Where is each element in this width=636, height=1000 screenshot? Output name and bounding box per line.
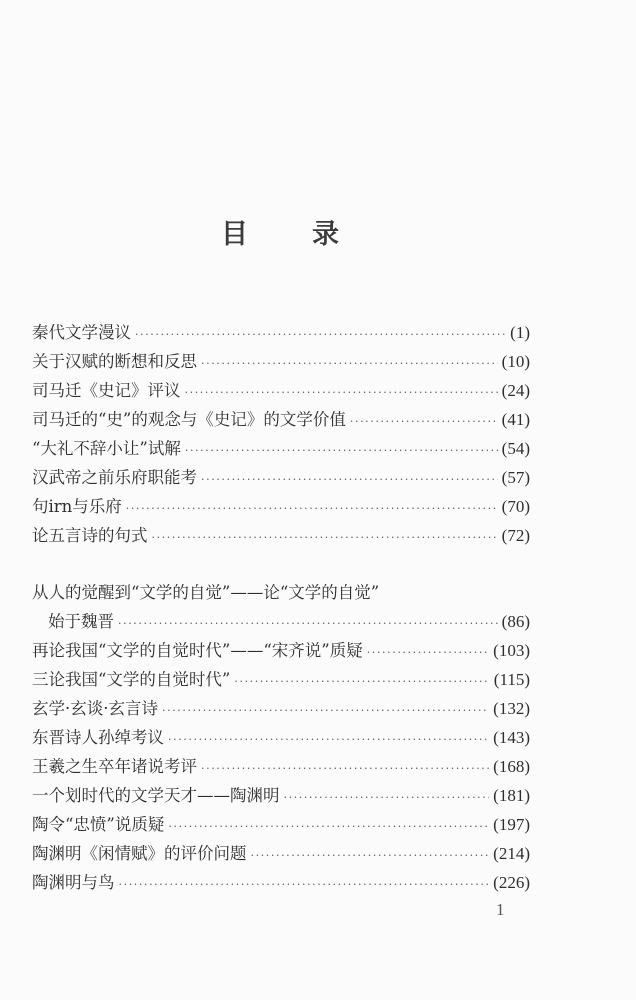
toc-entry-title: 王羲之生卒年诸说考评 <box>32 752 197 781</box>
toc-entry[interactable]: 汉武帝之前乐府职能考(57) <box>32 463 530 492</box>
toc-entry-title: 陶渊明《闲情赋》的评价问题 <box>32 839 247 868</box>
toc-entry-page: (41) <box>502 405 530 434</box>
toc-entry[interactable]: 从人的觉醒到“文学的自觉”——论“文学的自觉” <box>32 578 530 607</box>
toc-entry-page: (86) <box>502 607 530 636</box>
toc-entry-page: (115) <box>494 665 530 694</box>
leader-dots <box>251 841 490 870</box>
title-char-1: 目 <box>221 212 248 251</box>
leader-dots <box>135 320 506 349</box>
toc-entry[interactable]: 关于汉赋的断想和反思(10) <box>32 347 530 376</box>
toc-entry-title: 从人的觉醒到“文学的自觉”——论“文学的自觉” <box>32 578 379 607</box>
toc-entry-title: 秦代文学漫议 <box>32 318 131 347</box>
leader-dots <box>168 725 489 754</box>
toc-entry[interactable]: 陶令“忠愤”说质疑(197) <box>32 810 530 839</box>
toc-entry-title: 再论我国“文学的自觉时代”——“宋齐说”质疑 <box>32 636 363 665</box>
leader-dots <box>126 494 498 523</box>
toc-entry[interactable]: 司马迁的“史”的观念与《史记》的文学价值(41) <box>32 405 530 434</box>
toc-entry-page: (54) <box>502 434 530 463</box>
toc-entry[interactable]: 玄学·玄谈·玄言诗(132) <box>32 694 530 723</box>
leader-dots <box>162 696 489 725</box>
toc-entry-page: (103) <box>493 636 530 665</box>
leader-dots <box>119 870 490 899</box>
toc-entry-title: 司马迁的“史”的观念与《史记》的文学价值 <box>32 405 346 434</box>
toc-entry-title-continuation: 始于魏晋 <box>48 607 114 636</box>
toc-entry-page: (1) <box>510 318 530 347</box>
toc-group-2: 从人的觉醒到“文学的自觉”——论“文学的自觉” 始于魏晋(86) 再论我国“文学… <box>32 578 530 897</box>
toc-entry-page: (10) <box>502 347 530 376</box>
leader-dots <box>118 609 498 638</box>
toc-group-1: 秦代文学漫议(1) 关于汉赋的断想和反思(10) 司马迁《史记》评议(24) 司… <box>32 318 530 550</box>
toc-entry-continuation[interactable]: 始于魏晋(86) <box>32 607 530 636</box>
toc-entry[interactable]: 秦代文学漫议(1) <box>32 318 530 347</box>
toc-entry-title: 一个划时代的文学天才——陶渊明 <box>32 781 280 810</box>
leader-dots <box>168 812 489 841</box>
toc-entry-title: 玄学·玄谈·玄言诗 <box>32 694 158 723</box>
toc-entry[interactable]: 王羲之生卒年诸说考评(168) <box>32 752 530 781</box>
toc-entry[interactable]: “大礼不辞小让”试解(54) <box>32 434 530 463</box>
toc-entry[interactable]: 一个划时代的文学天才——陶渊明(181) <box>32 781 530 810</box>
leader-dots <box>152 523 498 552</box>
toc-entry-page: (132) <box>493 694 530 723</box>
toc-entry-page: (214) <box>493 839 530 868</box>
leader-dots <box>185 436 498 465</box>
toc-entry-page: (24) <box>502 376 530 405</box>
toc-entry[interactable]: 陶渊明与鸟(226) <box>32 868 530 897</box>
toc-entry[interactable]: 句irn与乐府(70) <box>32 492 530 521</box>
toc-entry-title: 论五言诗的句式 <box>32 521 148 550</box>
page-number: 1 <box>496 900 505 920</box>
toc-entry[interactable]: 论五言诗的句式(72) <box>32 521 530 550</box>
toc-entry-title: “大礼不辞小让”试解 <box>32 434 181 463</box>
toc-entry-title: 三论我国“文学的自觉时代” <box>32 665 230 694</box>
toc-entry-title: 陶渊明与鸟 <box>32 868 115 897</box>
toc-entry-title: 陶令“忠愤”说质疑 <box>32 810 164 839</box>
toc-entry-page: (226) <box>493 868 530 897</box>
toc-entry-page: (168) <box>493 752 530 781</box>
toc-entry-page: (143) <box>493 723 530 752</box>
toc-entry-page: (70) <box>502 492 530 521</box>
toc-entry-title: 关于汉赋的断想和反思 <box>32 347 197 376</box>
toc-entry[interactable]: 司马迁《史记》评议(24) <box>32 376 530 405</box>
leader-dots <box>185 378 498 407</box>
toc-entry[interactable]: 陶渊明《闲情赋》的评价问题(214) <box>32 839 530 868</box>
leader-dots <box>201 349 498 378</box>
title-char-2: 录 <box>312 212 339 251</box>
toc-entry[interactable]: 三论我国“文学的自觉时代”(115) <box>32 665 530 694</box>
toc-entry-title: 司马迁《史记》评议 <box>32 376 181 405</box>
toc-entry-page: (197) <box>493 810 530 839</box>
leader-dots <box>201 754 489 783</box>
toc-entry-page: (72) <box>502 521 530 550</box>
leader-dots <box>284 783 490 812</box>
toc-entry-title: 句irn与乐府 <box>32 492 122 521</box>
leader-dots <box>234 667 489 696</box>
toc-entry-title: 汉武帝之前乐府职能考 <box>32 463 197 492</box>
toc-entry[interactable]: 东晋诗人孙绰考议(143) <box>32 723 530 752</box>
page-title: 目录 <box>0 212 560 251</box>
toc-entry-page: (57) <box>502 463 530 492</box>
toc-entry-page: (181) <box>493 781 530 810</box>
leader-dots <box>350 407 498 436</box>
leader-dots <box>367 638 489 667</box>
leader-dots <box>201 465 498 494</box>
toc-entry[interactable]: 再论我国“文学的自觉时代”——“宋齐说”质疑(103) <box>32 636 530 665</box>
toc-entry-title: 东晋诗人孙绰考议 <box>32 723 164 752</box>
